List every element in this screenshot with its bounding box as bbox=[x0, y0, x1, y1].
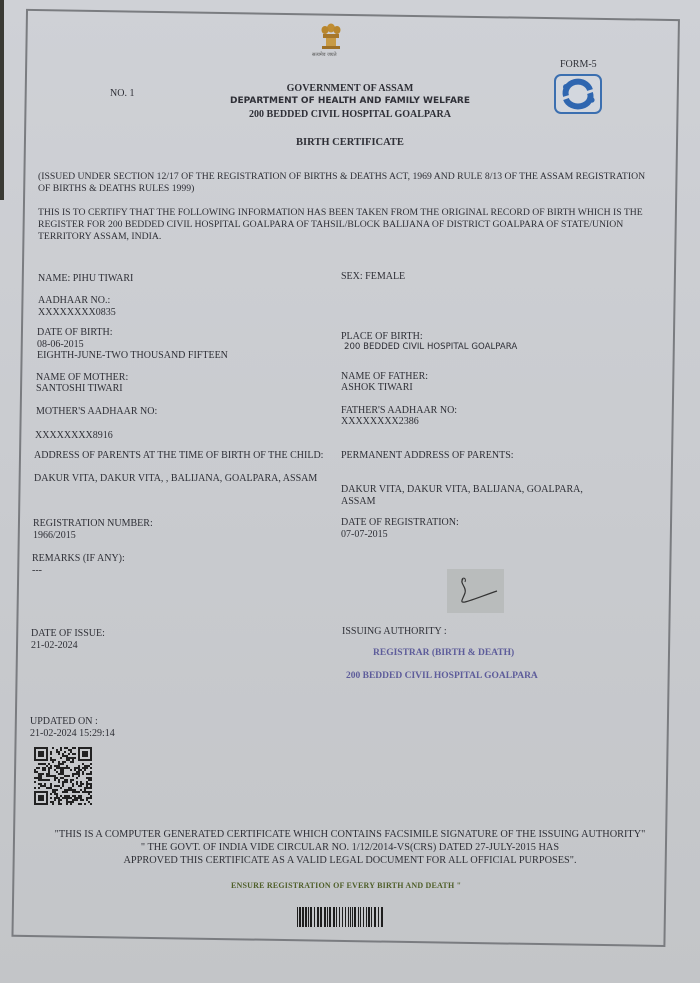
footer-line-2: " THE GOVT. OF INDIA VIDE CIRCULAR NO. 1… bbox=[20, 842, 680, 853]
certify-line-2: REGISTER FOR 200 BEDDED CIVIL HOSPITAL G… bbox=[38, 219, 623, 231]
signature-icon bbox=[447, 569, 504, 613]
header-government: GOVERNMENT OF ASSAM bbox=[200, 83, 500, 94]
authority-hospital: 200 BEDDED CIVIL HOSPITAL GOALPARA bbox=[346, 670, 538, 682]
father-name-value: ASHOK TIWARI bbox=[341, 382, 413, 394]
registration-date-value: 07-07-2015 bbox=[341, 529, 388, 541]
certify-line-1: THIS IS TO CERTIFY THAT THE FOLLOWING IN… bbox=[38, 207, 643, 219]
updated-on-value: 21-02-2024 15:29:14 bbox=[30, 728, 115, 740]
updated-on-label: UPDATED ON : bbox=[30, 716, 98, 728]
serial-number: NO. 1 bbox=[110, 88, 134, 100]
aadhaar-value: XXXXXXXX0835 bbox=[38, 307, 116, 319]
state-emblem-icon bbox=[318, 22, 344, 50]
pob-value: 200 BEDDED CIVIL HOSPITAL GOALPARA bbox=[344, 342, 517, 352]
issued-under-line-2: OF BIRTHS & DEATHS RULES 1999) bbox=[38, 183, 194, 195]
father-aadhaar-value: XXXXXXXX2386 bbox=[341, 416, 419, 428]
registration-date-label: DATE OF REGISTRATION: bbox=[341, 517, 459, 529]
mother-aadhaar-label: MOTHER'S AADHAAR NO: bbox=[36, 406, 157, 418]
dob-label: DATE OF BIRTH: bbox=[37, 327, 113, 339]
aadhaar-label: AADHAAR NO.: bbox=[38, 295, 110, 307]
child-name: NAME: PIHU TIWARI bbox=[38, 273, 133, 285]
issue-date-label: DATE OF ISSUE: bbox=[31, 628, 105, 640]
issued-under-line-1: (ISSUED UNDER SECTION 12/17 OF THE REGIS… bbox=[38, 171, 645, 183]
remarks-value: --- bbox=[32, 565, 42, 577]
address-at-birth-label: ADDRESS OF PARENTS AT THE TIME OF BIRTH … bbox=[34, 450, 323, 462]
permanent-address-line-2: ASSAM bbox=[341, 496, 375, 508]
dob-words: EIGHTH-JUNE-TWO THOUSAND FIFTEEN bbox=[37, 350, 228, 362]
certify-line-3: TERRITORY ASSAM, INDIA. bbox=[38, 231, 161, 243]
slogan: ENSURE REGISTRATION OF EVERY BIRTH AND D… bbox=[231, 881, 461, 890]
permanent-address-label: PERMANENT ADDRESS OF PARENTS: bbox=[341, 450, 514, 462]
form-label: FORM-5 bbox=[560, 59, 597, 71]
header-department: DEPARTMENT OF HEALTH AND FAMILY WELFARE bbox=[180, 96, 520, 106]
sex: SEX: FEMALE bbox=[341, 271, 405, 283]
birth-certificate: सत्यमेव जयते NO. 1 FORM-5 GOVERNMENT OF … bbox=[0, 0, 700, 983]
header-hospital: 200 BEDDED CIVIL HOSPITAL GOALPARA bbox=[180, 109, 520, 120]
registration-number-value: 1966/2015 bbox=[33, 530, 76, 542]
footer-line-1: "THIS IS A COMPUTER GENERATED CERTIFICAT… bbox=[20, 829, 680, 840]
registration-number-label: REGISTRATION NUMBER: bbox=[33, 518, 153, 530]
remarks-label: REMARKS (IF ANY): bbox=[32, 553, 125, 565]
page-title: BIRTH CERTIFICATE bbox=[200, 137, 500, 148]
mother-aadhaar-value: XXXXXXXX8916 bbox=[35, 430, 113, 442]
crs-logo-icon bbox=[554, 74, 602, 114]
footer-line-3: APPROVED THIS CERTIFICATE AS A VALID LEG… bbox=[20, 855, 680, 866]
qr-code-icon bbox=[34, 747, 92, 805]
emblem-motto: सत्यमेव जयते bbox=[312, 52, 337, 58]
authority-registrar: REGISTRAR (BIRTH & DEATH) bbox=[373, 647, 514, 659]
permanent-address-line-1: DAKUR VITA, DAKUR VITA, BALIJANA, GOALPA… bbox=[341, 484, 583, 496]
barcode-icon bbox=[296, 907, 384, 927]
mother-name-value: SANTOSHI TIWARI bbox=[36, 383, 123, 395]
issue-date-value: 21-02-2024 bbox=[31, 640, 78, 652]
issuing-authority-label: ISSUING AUTHORITY : bbox=[342, 626, 447, 638]
address-at-birth-value: DAKUR VITA, DAKUR VITA, , BALIJANA, GOAL… bbox=[34, 473, 317, 485]
